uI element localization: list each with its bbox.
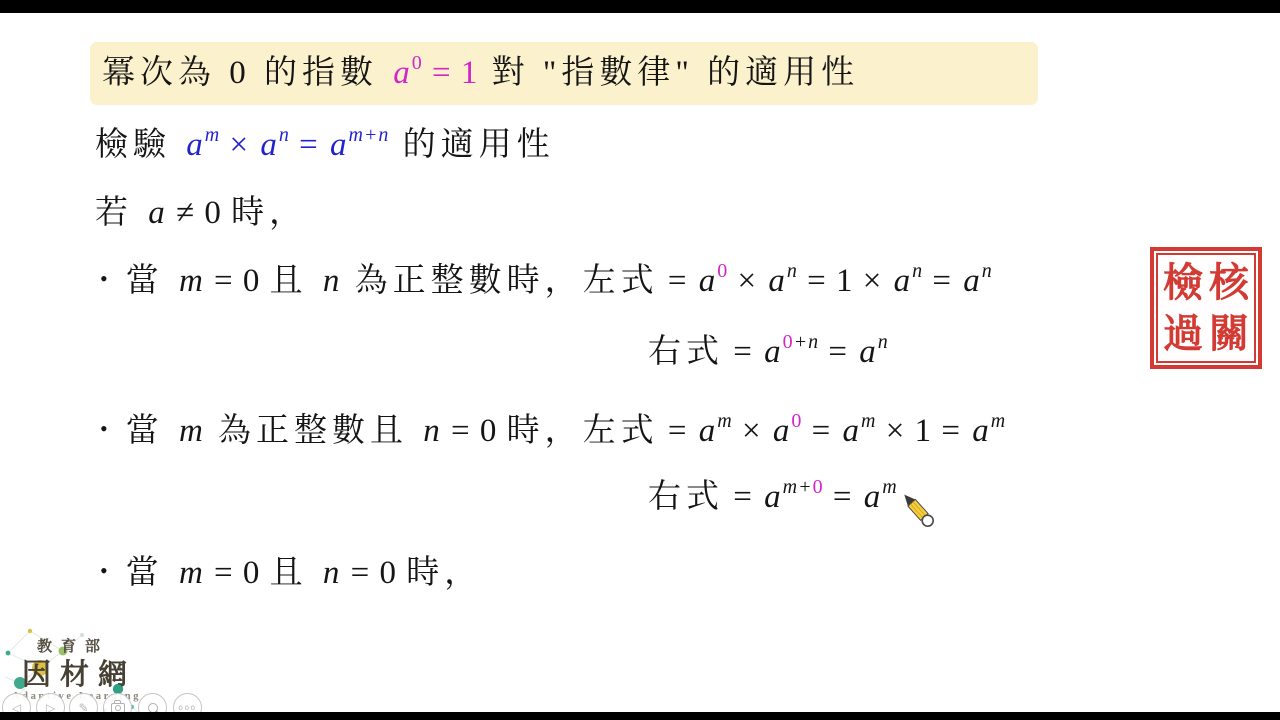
- text-segment: m: [861, 410, 876, 432]
- text-segment: n: [982, 260, 993, 282]
- text-segment: 0: [813, 476, 824, 498]
- text-segment: =: [724, 334, 762, 370]
- text-segment: •: [100, 558, 108, 583]
- text-segment: a: [766, 263, 787, 299]
- text-segment: = 0: [205, 263, 270, 299]
- text-segment: 0: [783, 331, 794, 353]
- text-segment: 若: [95, 195, 146, 231]
- text-segment: a: [762, 334, 783, 370]
- text-segment: n: [321, 555, 342, 591]
- ellipsis-icon: ooo: [178, 703, 196, 712]
- text-segment: =: [819, 334, 857, 370]
- text-segment: 且: [270, 263, 321, 299]
- text-segment: = 1 ×: [798, 263, 892, 299]
- text-segment: n: [321, 263, 342, 299]
- text-segment: a: [328, 127, 349, 163]
- case1-rhs-line: 右式 = a0+n = an: [648, 332, 889, 373]
- text-segment: 0: [412, 52, 423, 74]
- slide-title: 冪次為 0 的指數 a0 = 1 對 "指數律" 的適用性: [102, 53, 859, 94]
- prev-button[interactable]: ◁: [2, 693, 31, 712]
- text-segment: 時，: [406, 555, 482, 591]
- case3-line: •當 m = 0 且 n = 0 時，: [100, 553, 482, 594]
- text-segment: a: [970, 413, 991, 449]
- text-segment: × 1 =: [876, 413, 970, 449]
- text-segment: a: [862, 479, 883, 515]
- text-segment: =: [659, 413, 697, 449]
- text-segment: a: [391, 55, 412, 91]
- text-segment: =: [659, 263, 697, 299]
- text-segment: n: [421, 413, 442, 449]
- text-segment: a: [697, 413, 718, 449]
- text-segment: a: [857, 334, 878, 370]
- text-segment: n: [279, 124, 290, 146]
- text-segment: ×: [728, 263, 766, 299]
- title-highlight: 冪次為 0 的指數 a0 = 1 對 "指數律" 的適用性: [90, 42, 1038, 105]
- text-segment: a: [184, 127, 205, 163]
- text-segment: a: [146, 195, 167, 231]
- text-segment: = 0: [205, 555, 270, 591]
- search-button[interactable]: [138, 693, 167, 712]
- camera-button[interactable]: [103, 693, 132, 712]
- text-segment: a: [841, 413, 862, 449]
- search-icon: [148, 703, 158, 713]
- text-segment: 檢驗: [95, 127, 184, 163]
- text-segment: n: [878, 331, 889, 353]
- text-segment: 0: [717, 260, 728, 282]
- stamp-char: 過: [1163, 314, 1203, 354]
- camera-icon: [111, 703, 125, 713]
- text-segment: a: [961, 263, 982, 299]
- case1-line: •當 m = 0 且 n 為正整數時，左式 = a0 × an = 1 × an…: [100, 261, 993, 302]
- approval-stamp: 檢 核 過 關: [1150, 247, 1262, 369]
- more-button[interactable]: ooo: [173, 693, 202, 712]
- text-segment: n: [787, 260, 798, 282]
- text-segment: =: [824, 479, 862, 515]
- text-segment: n: [912, 260, 923, 282]
- text-segment: a: [892, 263, 913, 299]
- text-segment: m+n: [348, 124, 389, 146]
- text-segment: 的適用性: [389, 127, 554, 163]
- video-frame: 冪次為 0 的指數 a0 = 1 對 "指數律" 的適用性 檢驗 am × an…: [0, 0, 1280, 720]
- text-segment: m+: [783, 476, 813, 498]
- stamp-char: 關: [1209, 314, 1249, 354]
- text-segment: m: [177, 555, 205, 591]
- text-segment: m: [177, 413, 205, 449]
- text-segment: •: [100, 416, 108, 441]
- letterbox-bottom: [0, 712, 1280, 720]
- text-segment: m: [205, 124, 220, 146]
- text-segment: a: [771, 413, 792, 449]
- case2-rhs-line: 右式 = am+0 = am: [648, 477, 898, 518]
- text-segment: m: [717, 410, 732, 432]
- condition-line: 若 a ≠ 0 時，: [95, 193, 307, 234]
- text-segment: ×: [733, 413, 771, 449]
- text-segment: ×: [220, 127, 258, 163]
- text-segment: m: [991, 410, 1006, 432]
- text-segment: a: [258, 127, 279, 163]
- pen-button[interactable]: ✎: [69, 693, 98, 712]
- text-segment: 右式: [648, 334, 724, 370]
- text-segment: =: [802, 413, 840, 449]
- approval-stamp-inner: 檢 核 過 關: [1156, 253, 1256, 363]
- text-segment: 冪次為 0 的指數: [102, 55, 391, 91]
- text-segment: 0: [791, 410, 802, 432]
- text-segment: 為正整數時，左式: [341, 263, 658, 299]
- brand-label: 因材網: [22, 652, 136, 693]
- verification-line: 檢驗 am × an = am+n 的適用性: [95, 125, 555, 166]
- text-segment: 時，: [231, 195, 307, 231]
- pencil-cursor-icon: [896, 486, 942, 536]
- text-segment: 且: [270, 555, 321, 591]
- text-segment: 當: [126, 263, 177, 299]
- player-controls: ◁ ▷ ✎ ooo: [0, 693, 230, 712]
- text-segment: 對 "指數律" 的適用性: [478, 55, 859, 91]
- text-segment: a: [762, 479, 783, 515]
- text-segment: ≠ 0: [167, 195, 231, 231]
- stamp-char: 核: [1209, 263, 1249, 303]
- text-segment: •: [100, 266, 108, 291]
- text-segment: 右式: [648, 479, 724, 515]
- text-segment: m: [177, 263, 205, 299]
- text-segment: =: [724, 479, 762, 515]
- slide-content: 冪次為 0 的指數 a0 = 1 對 "指數律" 的適用性 檢驗 am × an…: [0, 13, 1280, 712]
- text-segment: a: [697, 263, 718, 299]
- left-triangle-icon: ◁: [12, 701, 21, 713]
- pen-icon: ✎: [78, 701, 88, 713]
- text-segment: = 1: [423, 55, 479, 91]
- right-triangle-icon: ▷: [46, 701, 55, 713]
- text-segment: = 0: [442, 413, 507, 449]
- stamp-char: 檢: [1163, 263, 1203, 303]
- text-segment: = 0: [341, 555, 406, 591]
- text-segment: 時，左式: [507, 413, 659, 449]
- text-segment: 當: [126, 555, 177, 591]
- text-segment: +n: [794, 331, 820, 353]
- text-segment: 當: [126, 413, 177, 449]
- text-segment: =: [290, 127, 328, 163]
- case2-line: •當 m 為正整數且 n = 0 時，左式 = am × a0 = am × 1…: [100, 411, 1006, 452]
- text-segment: 為正整數且: [205, 413, 422, 449]
- text-segment: =: [923, 263, 961, 299]
- play-button[interactable]: ▷: [36, 693, 65, 712]
